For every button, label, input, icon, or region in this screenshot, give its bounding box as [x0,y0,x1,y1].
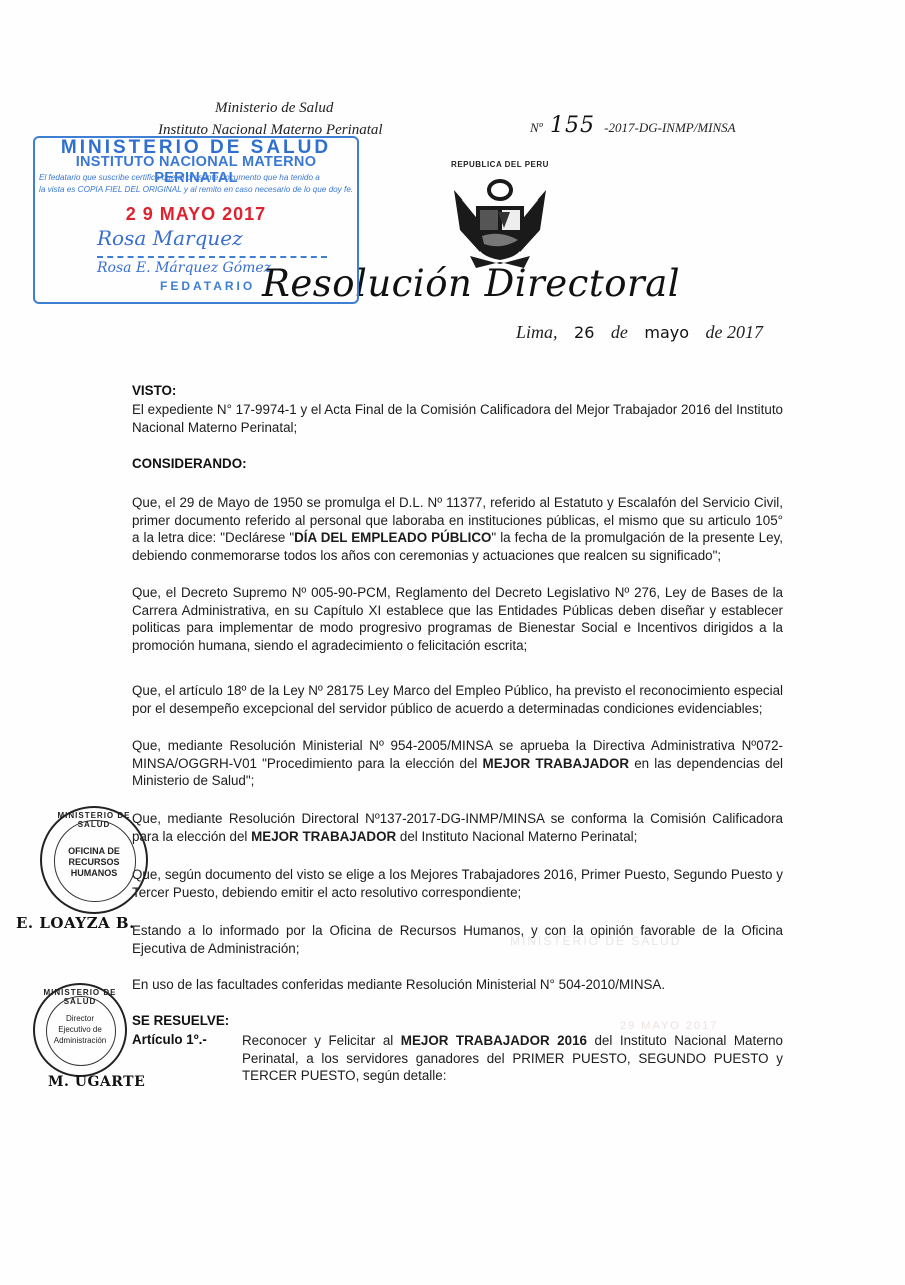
para-text: En uso de las facultades conferidas medi… [132,977,665,992]
stamp-center-line: Ejecutivo de [35,1024,125,1035]
admin-signer: M. UGARTE [48,1074,145,1090]
peru-coat-of-arms-icon: REPUBLICA DEL PERU [440,160,560,272]
seal-caption: REPUBLICA DEL PERU [440,160,560,169]
considerando-paragraph: Que, el Decreto Supremo Nº 005-90-PCM, R… [132,584,783,654]
stamp-cert-line-2: la vista es COPIA FIEL DEL ORIGINAL y al… [39,184,353,196]
date-city: Lima, [516,322,558,342]
article-1-label: Artículo 1º.- [132,1032,207,1047]
considerando-paragraph: Que, mediante Resolución Ministerial Nº … [132,737,783,790]
stamp-center-line: Administración [35,1035,125,1046]
se-resuelve-label: SE RESUELVE: [132,1013,229,1028]
para-bold: MEJOR TRABAJADOR [251,829,396,844]
visto-label: VISTO: [132,383,176,398]
considerando-paragraph: Que, el artículo 18º de la Ley Nº 28175 … [132,682,783,717]
stamp-cert-line-1: El fedatario que suscribe certifica que … [39,172,353,184]
number-prefix: Nº [530,120,543,135]
visto-text: El expediente N° 17-9974-1 y el Acta Fin… [132,401,783,436]
bleed-through-date: 29 MAYO 2017 [620,1020,718,1032]
article-bold: MEJOR TRABAJADOR 2016 [401,1033,587,1048]
stamp-role: FEDATARIO [160,279,255,293]
stamp-center-text: OFICINA DE RECURSOS HUMANOS [42,846,146,879]
stamp-signature-line [97,256,327,258]
stamp-signature: Rosa Marquez [97,226,243,250]
article-1-text: Reconocer y Felicitar al MEJOR TRABAJADO… [242,1032,783,1085]
considerando-paragraph: Que, según documento del visto se elige … [132,866,783,901]
considerando-paragraph: En uso de las facultades conferidas medi… [132,976,783,994]
para-text: del Instituto Nacional Materno Perinatal… [396,829,637,844]
article-text: Reconocer y Felicitar al [242,1033,401,1048]
rrhh-signer: E. LOAYZA B. [16,914,135,932]
header-ministry: Ministerio de Salud [215,100,333,117]
stamp-certification-text: El fedatario que suscribe certifica que … [39,172,353,196]
admin-round-stamp: MINISTERIO DE SALUD Director Ejecutivo d… [33,983,127,1077]
para-bold: MEJOR TRABAJADOR [483,756,630,771]
bleed-through-stamp: MINISTERIO DE SALUD [510,935,770,948]
date-day: 26 [574,323,594,342]
fedatario-stamp: MINISTERIO DE SALUD INSTITUTO NACIONAL M… [33,136,359,304]
date-line: Lima, 26 de mayo de 2017 [516,322,763,343]
considerando-paragraph: Que, el 29 de Mayo de 1950 se promulga e… [132,494,783,564]
considerando-paragraph: Que, mediante Resolución Directoral Nº13… [132,810,783,845]
number-suffix: -2017-DG-INMP/MINSA [604,120,735,135]
stamp-ring-text: MINISTERIO DE SALUD [35,988,125,1006]
stamp-center-text: Director Ejecutivo de Administración [35,1013,125,1046]
rrhh-round-stamp: MINISTERIO DE SALUD OFICINA DE RECURSOS … [40,806,148,914]
para-text: Que, según documento del visto se elige … [132,867,783,900]
date-month: mayo [644,323,689,342]
document-number: Nº 155 -2017-DG-INMP/MINSA [530,113,736,138]
stamp-center-line: HUMANOS [42,868,146,879]
stamp-center-line: RECURSOS [42,857,146,868]
considerando-label: CONSIDERANDO: [132,456,247,471]
stamp-ring-text: MINISTERIO DE SALUD [42,811,146,829]
para-bold: DÍA DEL EMPLEADO PÚBLICO [294,530,491,545]
para-text: Que, el Decreto Supremo Nº 005-90-PCM, R… [132,585,783,653]
number-handwritten: 155 [550,113,595,138]
para-text: Que, el artículo 18º de la Ley Nº 28175 … [132,683,783,716]
date-year: de 2017 [706,322,764,342]
stamp-date: 2 9 MAYO 2017 [35,204,357,225]
stamp-signer-name: Rosa E. Márquez Gómez [97,260,271,276]
stamp-center-line: Director [35,1013,125,1024]
document-page: Ministerio de Salud Instituto Nacional M… [0,0,905,1285]
date-de: de [611,322,628,342]
stamp-center-line: OFICINA DE [42,846,146,857]
